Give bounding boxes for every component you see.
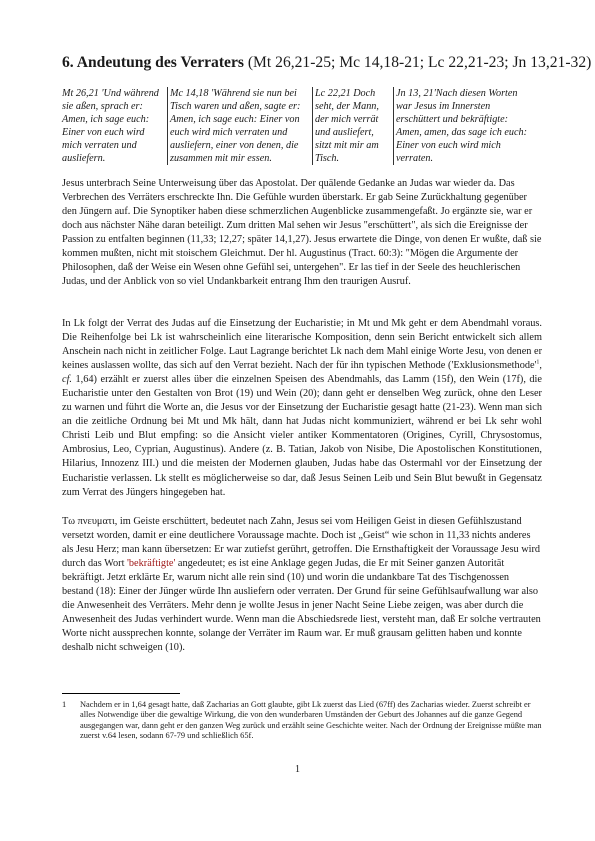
synopsis-line: Einer von euch wird [62,126,166,139]
synopsis-line: mich verraten und [62,139,166,152]
paragraph-3: Τω πνευματι, im Geiste erschüttert, bede… [62,515,542,655]
synopsis-column-mt: Mt 26,21 'Und während sie aßen, sprach e… [62,87,166,165]
paragraph-1: Jesus unterbrach Seine Unterweisung über… [62,177,542,289]
section-references: (Mt 26,21-25; Mc 14,18-21; Lc 22,21-23; … [244,54,591,71]
text-run: , [539,360,542,371]
synopsis-column-jn: Jn 13, 21'Nach diesen Worten war Jesus i… [393,87,546,165]
synopsis-line: Einer von euch wird mich [396,139,546,152]
paragraph-2: In Lk folgt der Verrat des Judas auf die… [62,317,542,500]
highlighted-word: 'bekräftigte' [127,558,175,569]
synopsis-line: verraten. [396,152,546,165]
synopsis-line: Amen, ich sage euch: [62,113,166,126]
synopsis-line: war Jesus im Innersten [396,100,546,113]
synopsis-line: Mt 26,21 'Und während [62,87,166,100]
synopsis-line: Tisch waren und aßen, sagte er: [170,100,310,113]
section-heading: 6. Andeutung des Verraters (Mt 26,21-25;… [62,54,542,72]
synopsis-line: Jn 13, 21'Nach diesen Worten [396,87,546,100]
synopsis-line: der mich verrät [315,113,393,126]
synopsis-line: zusammen mit mir essen. [170,152,310,165]
synopsis-line: euch wird mich verraten und [170,126,310,139]
synopsis-column-lc: Lc 22,21 Doch seht, der Mann, der mich v… [312,87,393,165]
footnote: 1 Nachdem er in 1,64 gesagt hatte, daß Z… [62,700,542,742]
footnote-text: Nachdem er in 1,64 gesagt hatte, daß Zac… [80,700,542,742]
synopsis-line: Tisch. [315,152,393,165]
text-run: 1,64) erzählt er zuerst alles über die e… [62,374,542,497]
synopsis-line: Mc 14,18 'Während sie nun bei [170,87,310,100]
paragraph-text: In Lk folgt der Verrat des Judas auf die… [62,317,542,500]
italic-cf: cf. [62,374,72,385]
text-run: In Lk folgt der Verrat des Judas auf die… [62,318,542,371]
document-page: 6. Andeutung des Verraters (Mt 26,21-25;… [0,0,595,841]
paragraph-text: Τω πνευματι, im Geiste erschüttert, bede… [62,515,542,655]
section-title: 6. Andeutung des Verraters [62,54,244,71]
synopsis-line: erschüttert und bekräftigte: [396,113,546,126]
synopsis-line: ausliefern, einer von denen, die [170,139,310,152]
synopsis-line: ausliefern. [62,152,166,165]
paragraph-text: Jesus unterbrach Seine Unterweisung über… [62,177,542,289]
synopsis-column-mc: Mc 14,18 'Während sie nun bei Tisch ware… [167,87,310,165]
page-number: 1 [0,764,595,775]
footnote-separator [62,693,180,694]
synopsis-line: Amen, amen, das sage ich euch: [396,126,546,139]
synopsis-line: Lc 22,21 Doch [315,87,393,100]
synopsis-line: sitzt mit mir am [315,139,393,152]
text-run: angedeutet; es ist eine Anklage gegen Ju… [62,558,541,653]
synopsis-line: und ausliefert, [315,126,393,139]
footnote-number: 1 [62,700,66,710]
synopsis-line: seht, der Mann, [315,100,393,113]
synopsis-line: sie aßen, sprach er: [62,100,166,113]
synopsis-line: Amen, ich sage euch: Einer von [170,113,310,126]
